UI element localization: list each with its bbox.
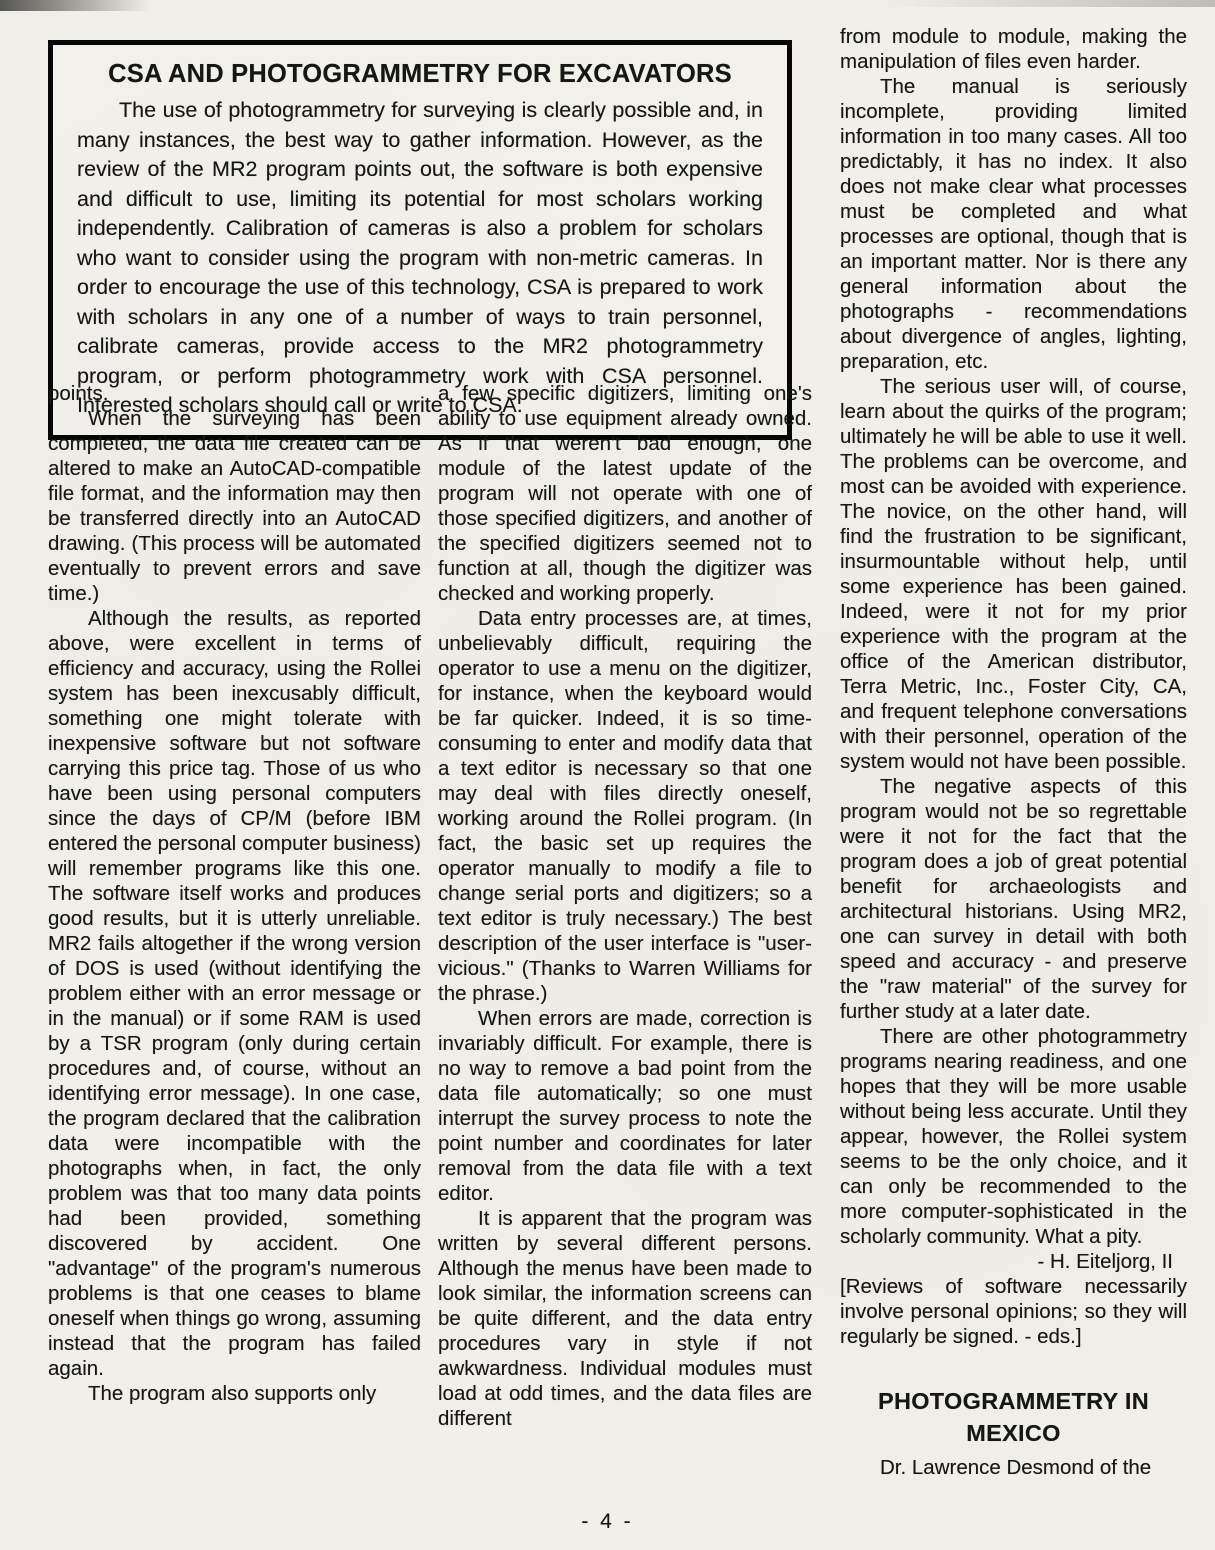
paragraph: It is apparent that the program was writ… (438, 1206, 812, 1431)
page-number: - 4 - (0, 1510, 1215, 1534)
scan-artifact-top-left (0, 0, 150, 11)
paragraph: a few specific digitizers, limiting one'… (438, 381, 812, 606)
column-right-paragraphs: from module to module, making the manipu… (840, 24, 1187, 1249)
paragraph: The program also supports only (48, 1381, 421, 1406)
paragraph: The manual is seriously incomplete, prov… (840, 74, 1187, 374)
author-signature: - H. Eiteljorg, II (840, 1249, 1187, 1274)
csa-box-title: CSA AND PHOTOGRAMMETRY FOR EXCAVATORS (77, 57, 763, 91)
paragraph: When the surveying has been completed, t… (48, 406, 421, 606)
next-article-heading-line1: PHOTOGRAMMETRY IN (840, 1385, 1187, 1417)
paragraph: There are other photogrammetry programs … (840, 1024, 1187, 1249)
paragraph: points. (48, 381, 421, 406)
paragraph: from module to module, making the manipu… (840, 24, 1187, 74)
csa-box-body: The use of photogrammetry for surveying … (77, 96, 763, 421)
paragraph: Data entry processes are, at times, unbe… (438, 606, 812, 1006)
column-right: from module to module, making the manipu… (840, 24, 1187, 1480)
next-article-opening: Dr. Lawrence Desmond of the (840, 1455, 1187, 1480)
scan-artifact-top-right (875, 0, 1215, 7)
next-article-heading-line2: MEXICO (840, 1417, 1187, 1449)
csa-announcement-box: CSA AND PHOTOGRAMMETRY FOR EXCAVATORS Th… (48, 40, 792, 440)
next-article-heading: PHOTOGRAMMETRY IN MEXICO (840, 1385, 1187, 1449)
paragraph: Although the results, as reported above,… (48, 606, 421, 1381)
paragraph: The negative aspects of this program wou… (840, 774, 1187, 1024)
scanned-newsletter-page: CSA AND PHOTOGRAMMETRY FOR EXCAVATORS Th… (0, 0, 1215, 1550)
column-left: points.When the surveying has been compl… (48, 381, 421, 1406)
editors-note: [Reviews of software necessarily involve… (840, 1274, 1187, 1349)
paragraph: The serious user will, of course, learn … (840, 374, 1187, 774)
paragraph: When errors are made, correction is inva… (438, 1006, 812, 1206)
column-middle: a few specific digitizers, limiting one'… (438, 381, 812, 1431)
